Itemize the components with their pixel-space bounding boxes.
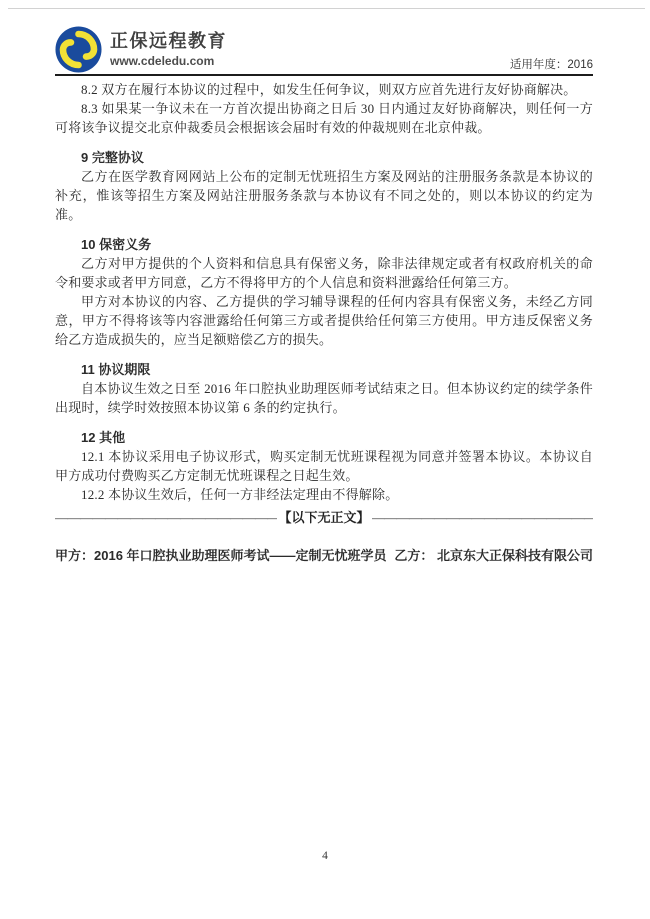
- brand-name: 正保远程教育: [110, 30, 227, 52]
- section-heading: 9 完整协议: [81, 148, 593, 167]
- document-paragraph: 乙方对甲方提供的个人资料和信息具有保密义务，除非法律规定或者有权政府机关的命令和…: [55, 254, 593, 292]
- divider-dashes-right: ——————————————————————————————————————: [372, 508, 594, 527]
- applicable-year-label: 适用年度：2016: [510, 56, 593, 72]
- page-number: 4: [322, 850, 328, 862]
- page-header: 正保远程教育 www.cdeledu.com 适用年度：2016: [55, 26, 593, 74]
- page-top-border: [8, 8, 645, 9]
- divider-dashes-left: ——————————————————————————————————————: [55, 508, 277, 527]
- document-paragraph: 自本协议生效之日至 2016 年口腔执业助理医师考试结束之日。但本协议约定的续学…: [55, 379, 593, 417]
- document-paragraph: 12.1 本协议采用电子协议形式，购买定制无忧班课程视为同意并签署本协议。本协议…: [55, 447, 593, 485]
- document-paragraph: 乙方在医学教育网网站上公布的定制无忧班招生方案及网站的注册服务条款是本协议的补充…: [55, 167, 593, 224]
- party-b-signature: 乙方： 北京东大正保科技有限公司: [394, 546, 593, 565]
- brand-logo-icon: [55, 26, 102, 73]
- section-heading: 12 其他: [81, 428, 593, 447]
- brand-text-block: 正保远程教育 www.cdeledu.com: [110, 26, 227, 69]
- end-of-text-divider: —————————————————————————————————————— 【…: [55, 508, 593, 527]
- document-paragraph: 8.2 双方在履行本协议的过程中，如发生任何争议，则双方应首先进行友好协商解决。: [55, 80, 593, 99]
- document-body: 8.2 双方在履行本协议的过程中，如发生任何争议，则双方应首先进行友好协商解决。…: [55, 78, 593, 565]
- signature-row: 甲方：2016 年口腔执业助理医师考试——定制无忧班学员 乙方： 北京东大正保科…: [55, 546, 593, 565]
- document-paragraph: 甲方对本协议的内容、乙方提供的学习辅导课程的任何内容具有保密义务，未经乙方同意，…: [55, 292, 593, 349]
- brand-website: www.cdeledu.com: [110, 54, 227, 69]
- document-paragraph: 8.3 如果某一争议未在一方首次提出协商之日后 30 日内通过友好协商解决，则任…: [55, 99, 593, 137]
- party-a-signature: 甲方：2016 年口腔执业助理医师考试——定制无忧班学员: [55, 546, 387, 565]
- section-heading: 10 保密义务: [81, 235, 593, 254]
- end-of-text-label: 【以下无正文】: [277, 508, 372, 527]
- section-heading: 11 协议期限: [81, 360, 593, 379]
- header-divider-line: [55, 74, 593, 76]
- page-footer: 4: [0, 850, 650, 862]
- document-paragraph: 12.2 本协议生效后，任何一方非经法定理由不得解除。: [55, 485, 593, 504]
- document-page: 正保远程教育 www.cdeledu.com 适用年度：2016 8.2 双方在…: [0, 0, 650, 919]
